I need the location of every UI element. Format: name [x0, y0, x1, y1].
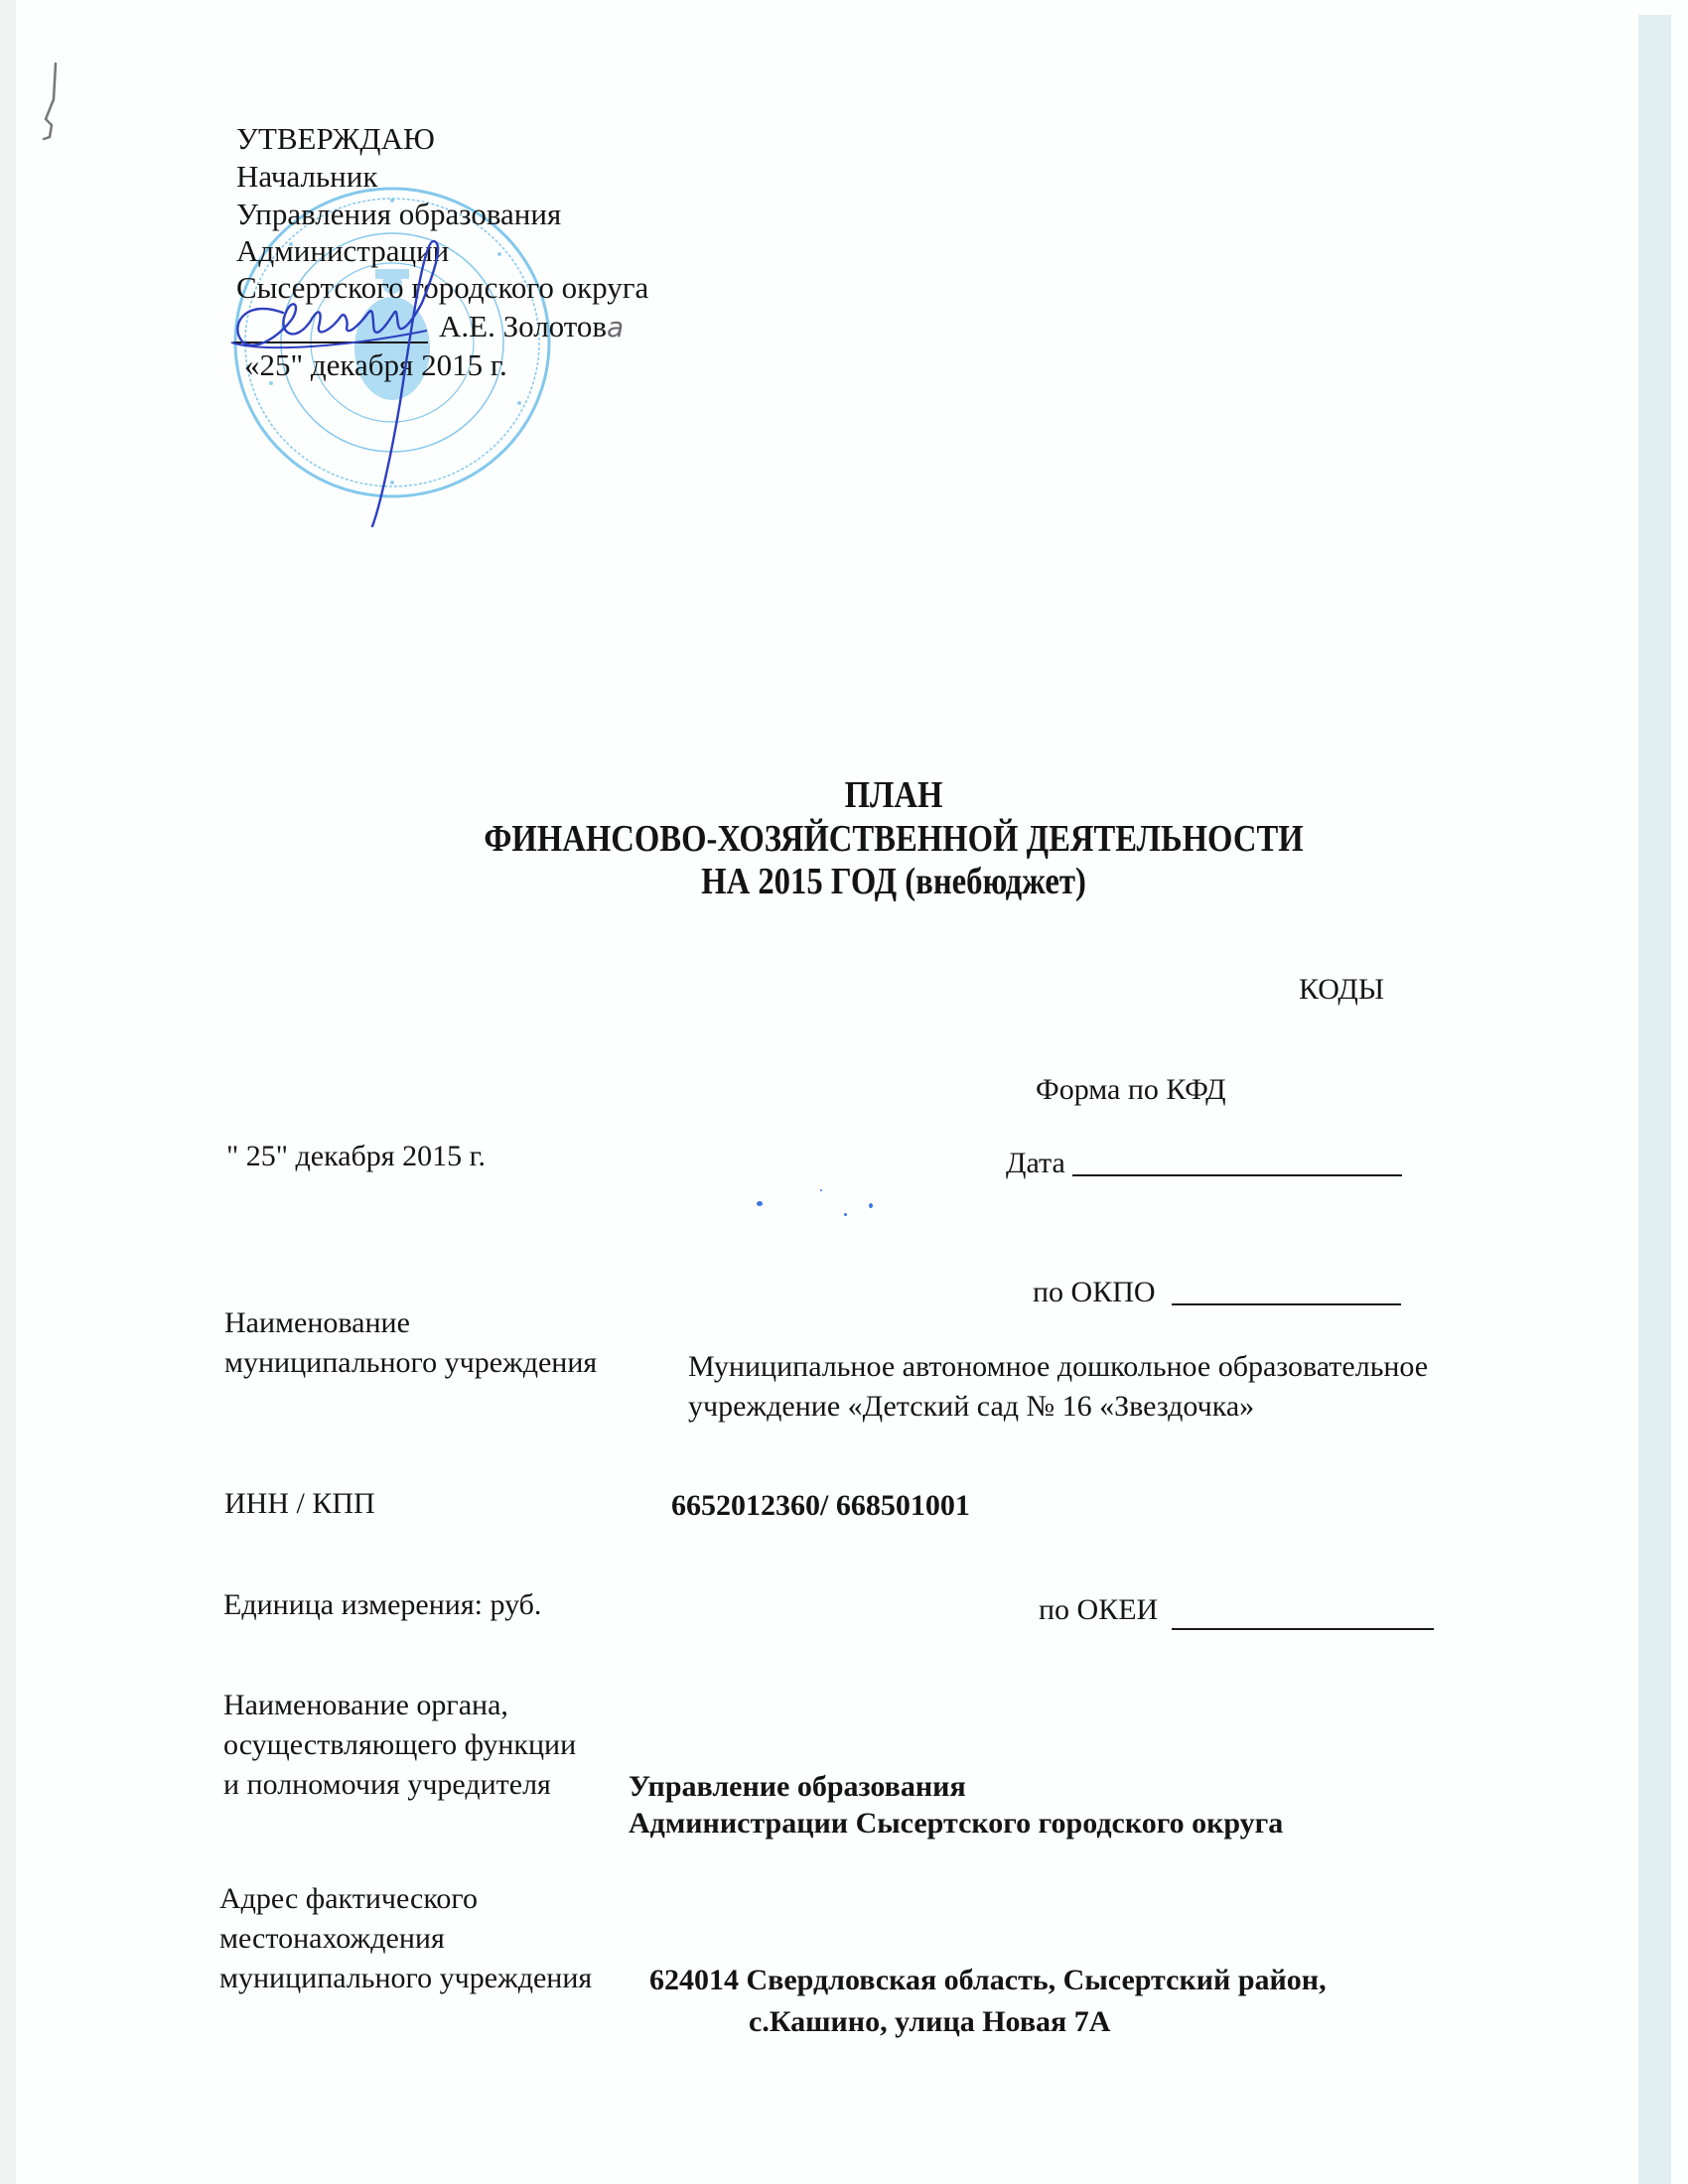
- document-date: " 25" декабря 2015 г.: [226, 1142, 486, 1171]
- inn-kpp-label: ИНН / КПП: [224, 1489, 375, 1519]
- codes-header: КОДЫ: [1299, 975, 1384, 1005]
- date-label: Дата: [1006, 1149, 1065, 1178]
- approval-position-line: Начальник: [236, 161, 377, 192]
- ink-speck: [757, 1201, 763, 1206]
- title-line-2: ФИНАНСОВО-ХОЗЯЙСТВЕННОЙ ДЕЯТЕЛЬНОСТИ: [125, 820, 1662, 858]
- ink-speck: [844, 1213, 847, 1216]
- handwritten-signature-icon: [223, 204, 452, 531]
- founder-label: Наименование органа,: [223, 1691, 508, 1720]
- unit-label: Единица измерения: руб.: [223, 1590, 541, 1620]
- title-line-3: НА 2015 ГОД (внебюджет): [125, 863, 1662, 900]
- staple-mark-icon: [40, 60, 64, 143]
- address-value: 624014 Свердловская область, Сысертский …: [649, 1966, 1327, 1995]
- address-label: муниципального учреждения: [219, 1964, 592, 1993]
- okpo-label: по ОКПО: [1033, 1278, 1156, 1307]
- founder-name: Управление образования: [629, 1772, 966, 1802]
- date-code-field[interactable]: [1072, 1174, 1402, 1176]
- address-label: Адрес фактического: [219, 1884, 478, 1914]
- okei-code-field[interactable]: [1172, 1628, 1434, 1630]
- scan-edge-shadow: [0, 0, 16, 2184]
- ink-speck: [820, 1189, 822, 1191]
- ink-speck: [869, 1203, 873, 1208]
- founder-name: Администрации Сысертского городского окр…: [629, 1809, 1283, 1839]
- title-line-1: ПЛАН: [125, 776, 1662, 814]
- form-label: Форма по КФД: [1036, 1075, 1226, 1105]
- signatory-name: А.Е. Золотова: [439, 311, 624, 341]
- inn-kpp-value: 6652012360/ 668501001: [671, 1491, 970, 1521]
- document-page: УТВЕРЖДАЮ Начальник Управления образован…: [0, 0, 1688, 2184]
- handwritten-suffix: а: [607, 311, 624, 343]
- okei-label: по ОКЕИ: [1039, 1595, 1158, 1625]
- founder-label: и полномочия учредителя: [223, 1770, 551, 1800]
- institution-label: муниципального учреждения: [224, 1348, 597, 1378]
- institution-label: Наименование: [224, 1308, 410, 1338]
- institution-name: учреждение «Детский сад № 16 «Звездочка»: [688, 1392, 1254, 1422]
- scan-edge-strip: [1638, 15, 1671, 2184]
- institution-name: Муниципальное автономное дошкольное обра…: [688, 1352, 1428, 1382]
- address-value: с.Кашино, улица Новая 7А: [749, 2007, 1110, 2037]
- okpo-code-field[interactable]: [1172, 1303, 1401, 1305]
- approval-heading: УТВЕРЖДАЮ: [236, 123, 435, 154]
- founder-label: осуществляющего функции: [223, 1730, 576, 1760]
- address-label: местонахождения: [219, 1924, 445, 1954]
